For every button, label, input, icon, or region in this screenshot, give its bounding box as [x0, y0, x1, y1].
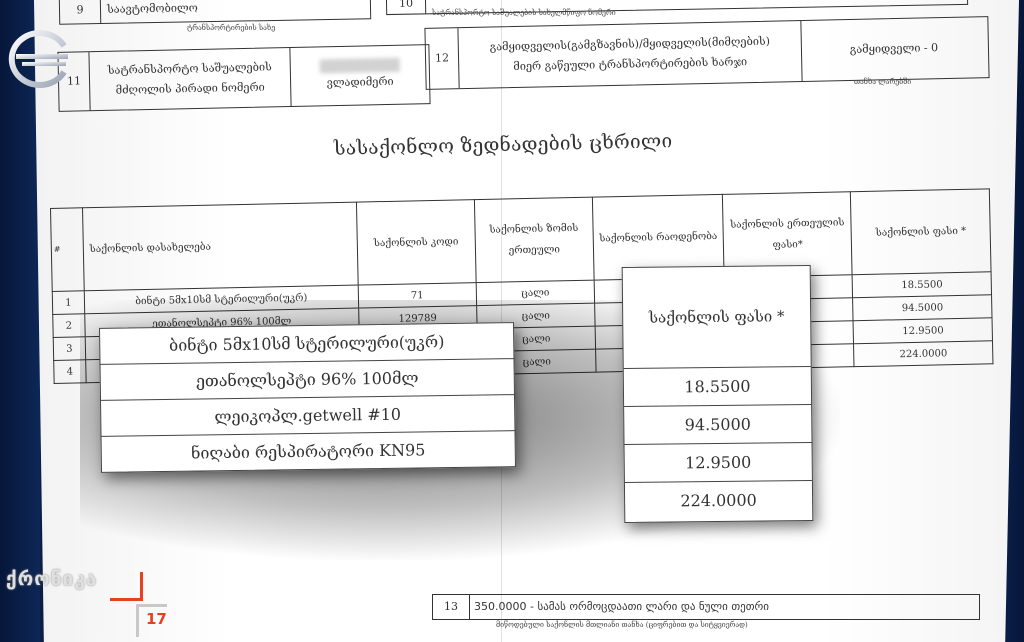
callout-price-row: 18.5500	[624, 367, 811, 407]
header-code: საქონლის კოდი	[356, 200, 476, 285]
field-13-value: 350.0000 - სამას ორმოცდაათი ლარი და ნული…	[470, 595, 974, 619]
field-11-first-name: ვლადიმერი	[326, 72, 393, 93]
channel-number: 17	[146, 610, 167, 628]
field-13-caption: მიწოდებული საქონლის მთლიანი თანხა (ციფრე…	[496, 621, 748, 629]
field-12-caption: თანხა ლარებში	[854, 78, 911, 86]
field-11-value: ვლადიმერი	[290, 45, 429, 106]
row-price: 18.5500	[853, 272, 992, 298]
field-12-value: გამყიდველი - 0	[801, 17, 986, 81]
field-9-value: საავტომობილო	[101, 0, 367, 23]
field-12-label: გამყიდველის(გამგზავნის)/მყიდველის(მიმღებ…	[458, 21, 802, 88]
callout-price-row: 224.0000	[625, 481, 812, 520]
field-10-caption: სატრანსპორტო საშუალების სახელმწიფო ნომერ…	[432, 9, 616, 17]
background-left	[0, 0, 40, 642]
callout-product-names: ბინტი 5მx10სმ სტერილური(უკრ) ეთანოლსეპტი…	[99, 322, 516, 473]
field-12-num: 12	[425, 28, 459, 89]
field-11: 11 სატრანსპორტო საშუალების მძღოლის პირად…	[57, 44, 430, 112]
callout-price-row: 12.9500	[625, 443, 812, 483]
callout-name-row: ბინტი 5მx10სმ სტერილური(უკრ)	[100, 323, 513, 365]
row-price: 12.9500	[853, 318, 992, 344]
field-9-num: 9	[60, 0, 101, 24]
redacted-surname	[320, 58, 400, 74]
callout-name-row: ეთანოლსეპტი 96% 100მლ	[101, 359, 514, 401]
callout-prices: საქონლის ფასი * 18.5500 94.5000 12.9500 …	[622, 265, 814, 523]
program-logo-text: ქრონიკა	[6, 568, 97, 590]
row-price: 94.5000	[853, 295, 992, 321]
callout-name-row: ლეიკოპლ.getwell #10	[101, 395, 514, 437]
field-13: 13 350.0000 - სამას ორმოცდაათი ლარი და ნ…	[432, 594, 980, 620]
callout-price-row: 94.5000	[624, 405, 811, 445]
field-9: 9 საავტომობილო	[59, 0, 371, 25]
header-unit: საქონლის ზომის ერთეული	[474, 197, 594, 282]
field-11-label: სატრანსპორტო საშუალების მძღოლის პირადი ნ…	[89, 48, 291, 110]
logo-corner-red	[110, 572, 143, 601]
header-name: საქონლის დასახელება	[82, 202, 358, 291]
row-price: 224.0000	[854, 341, 993, 367]
program-logo: ქრონიკა	[6, 568, 97, 590]
callout-name-row: ნიღაბი რესპირატორი KN95	[102, 431, 515, 472]
header-price: საქონლის ფასი *	[851, 189, 991, 275]
field-13-num: 13	[433, 595, 470, 619]
table-title: სასაქონლო ზედნადების ცხრილი	[334, 130, 673, 160]
field-10-num: 10	[387, 0, 426, 14]
field-11-label-line2: მძღოლის პირადი ნომერი	[115, 78, 264, 101]
header-num: #	[51, 208, 85, 292]
field-9-caption: ტრანსპორტირების სახე	[187, 24, 275, 32]
field-12-label-line2: მიერ გაწეული ტრანსპორტირების ხარჯი	[513, 52, 747, 77]
channel-logo-icon	[2, 28, 74, 88]
callout-price-header: საქონლის ფასი *	[623, 266, 811, 369]
